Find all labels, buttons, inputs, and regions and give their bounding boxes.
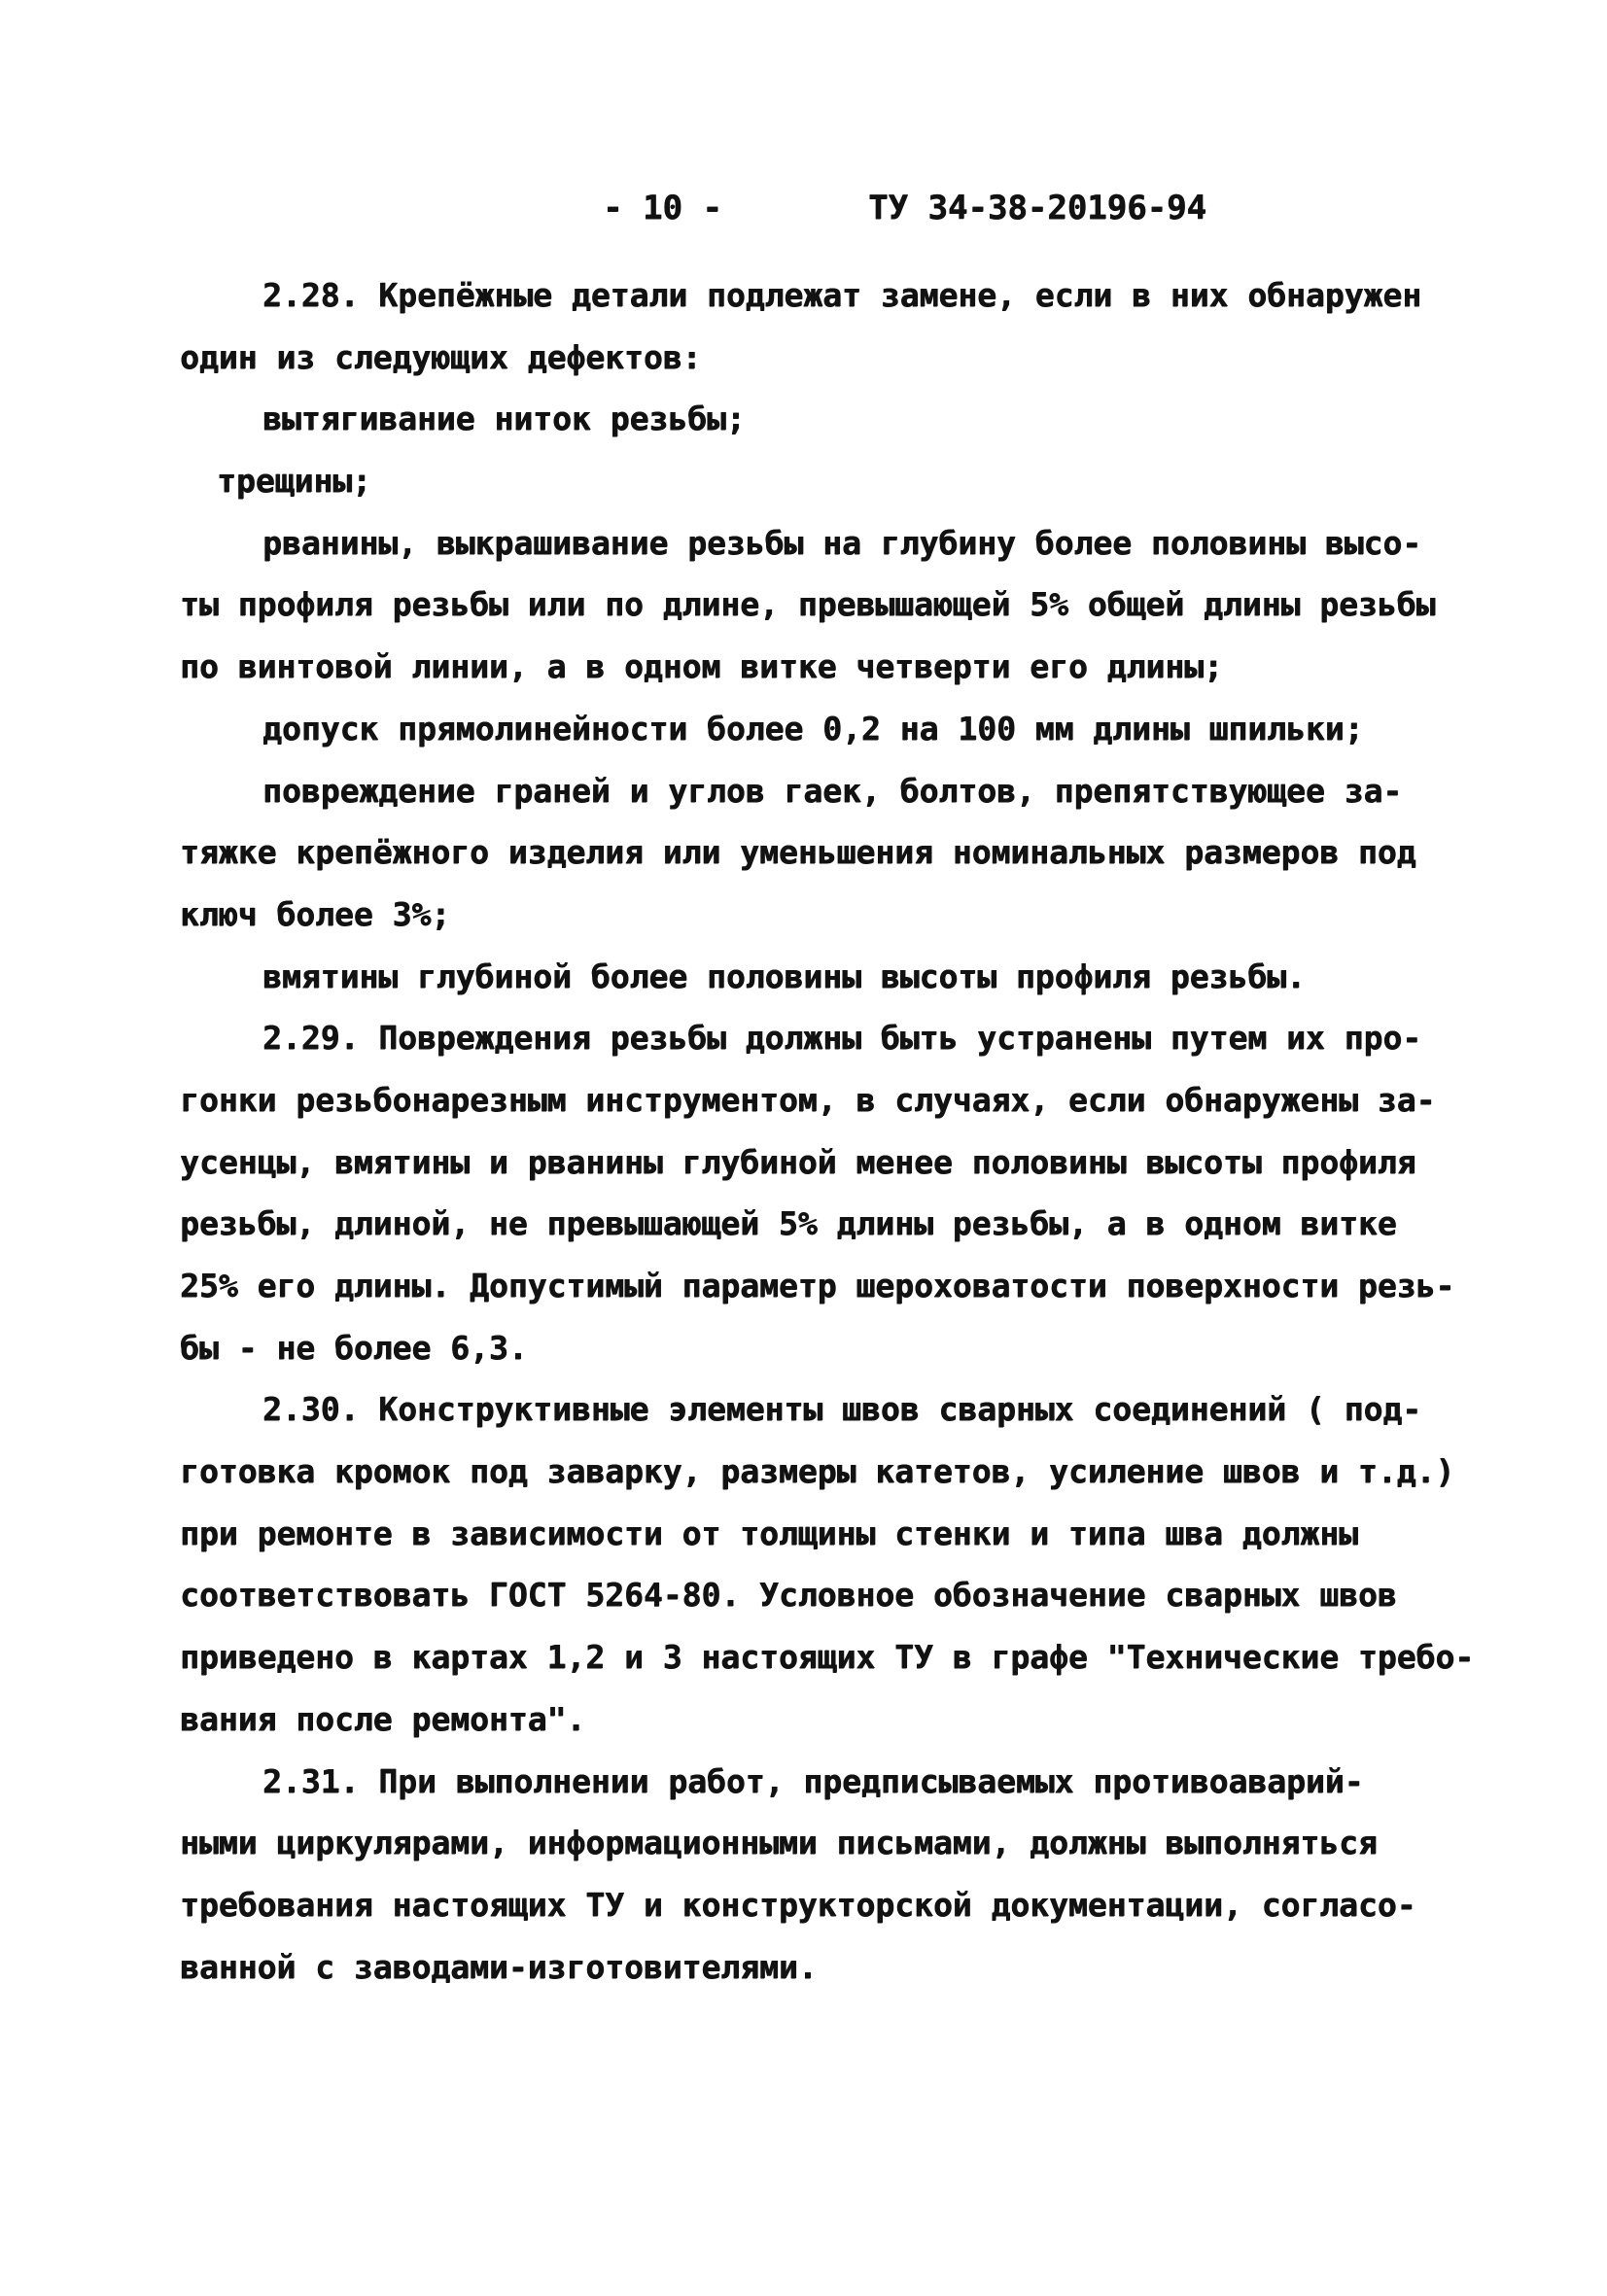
text-line: ты профиля резьбы или по длине, превышаю… xyxy=(180,574,1463,636)
text-line: вытягивание ниток резьбы; xyxy=(180,388,1463,450)
text-line: вания после ремонта". xyxy=(180,1688,1463,1751)
text-line: бы - не более 6,3. xyxy=(180,1317,1463,1379)
text-line: 25% его длины. Допустимый параметр шерох… xyxy=(180,1255,1463,1317)
text-line: требования настоящих ТУ и конструкторско… xyxy=(180,1874,1463,1936)
text-line: соответствовать ГОСТ 5264-80. Условное о… xyxy=(180,1564,1463,1626)
page-number: - 10 - xyxy=(603,187,722,229)
text-line: трещины; xyxy=(180,450,1463,512)
text-line: вмятины глубиной более половины высоты п… xyxy=(180,946,1463,1008)
page-header: - 10 - ТУ 34-38-20196-94 xyxy=(0,187,1607,229)
document-number: ТУ 34-38-20196-94 xyxy=(868,187,1206,229)
text-line: 2.29. Повреждения резьбы должны быть уст… xyxy=(180,1007,1463,1069)
text-line: при ремонте в зависимости от толщины сте… xyxy=(180,1503,1463,1565)
text-line: по винтовой линии, а в одном витке четве… xyxy=(180,636,1463,698)
document-page: - 10 - ТУ 34-38-20196-94 2.28. Крепёжные… xyxy=(0,0,1607,2296)
text-line: ключ более 3%; xyxy=(180,884,1463,946)
document-body: 2.28. Крепёжные детали подлежат замене, … xyxy=(180,264,1463,1998)
text-line: тяжке крепёжного изделия или уменьшения … xyxy=(180,821,1463,884)
text-line: допуск прямолинейности более 0,2 на 100 … xyxy=(180,698,1463,760)
text-line: резьбы, длиной, не превышающей 5% длины … xyxy=(180,1193,1463,1255)
text-line: гонки резьбонарезным инструментом, в слу… xyxy=(180,1069,1463,1131)
text-line: рванины, выкрашивание резьбы на глубину … xyxy=(180,512,1463,574)
text-line: усенцы, вмятины и рванины глубиной менее… xyxy=(180,1131,1463,1194)
text-line: 2.31. При выполнении работ, предписываем… xyxy=(180,1751,1463,1813)
text-line: повреждение граней и углов гаек, болтов,… xyxy=(180,760,1463,822)
text-line: один из следующих дефектов: xyxy=(180,327,1463,389)
text-line: приведено в картах 1,2 и 3 настоящих ТУ … xyxy=(180,1626,1463,1688)
text-line: ванной с заводами-изготовителями. xyxy=(180,1936,1463,1999)
text-line: 2.28. Крепёжные детали подлежат замене, … xyxy=(180,264,1463,327)
text-line: 2.30. Конструктивные элементы швов сварн… xyxy=(180,1378,1463,1441)
text-line: готовка кромок под заварку, размеры кате… xyxy=(180,1441,1463,1503)
text-line: ными циркулярами, информационными письма… xyxy=(180,1812,1463,1874)
